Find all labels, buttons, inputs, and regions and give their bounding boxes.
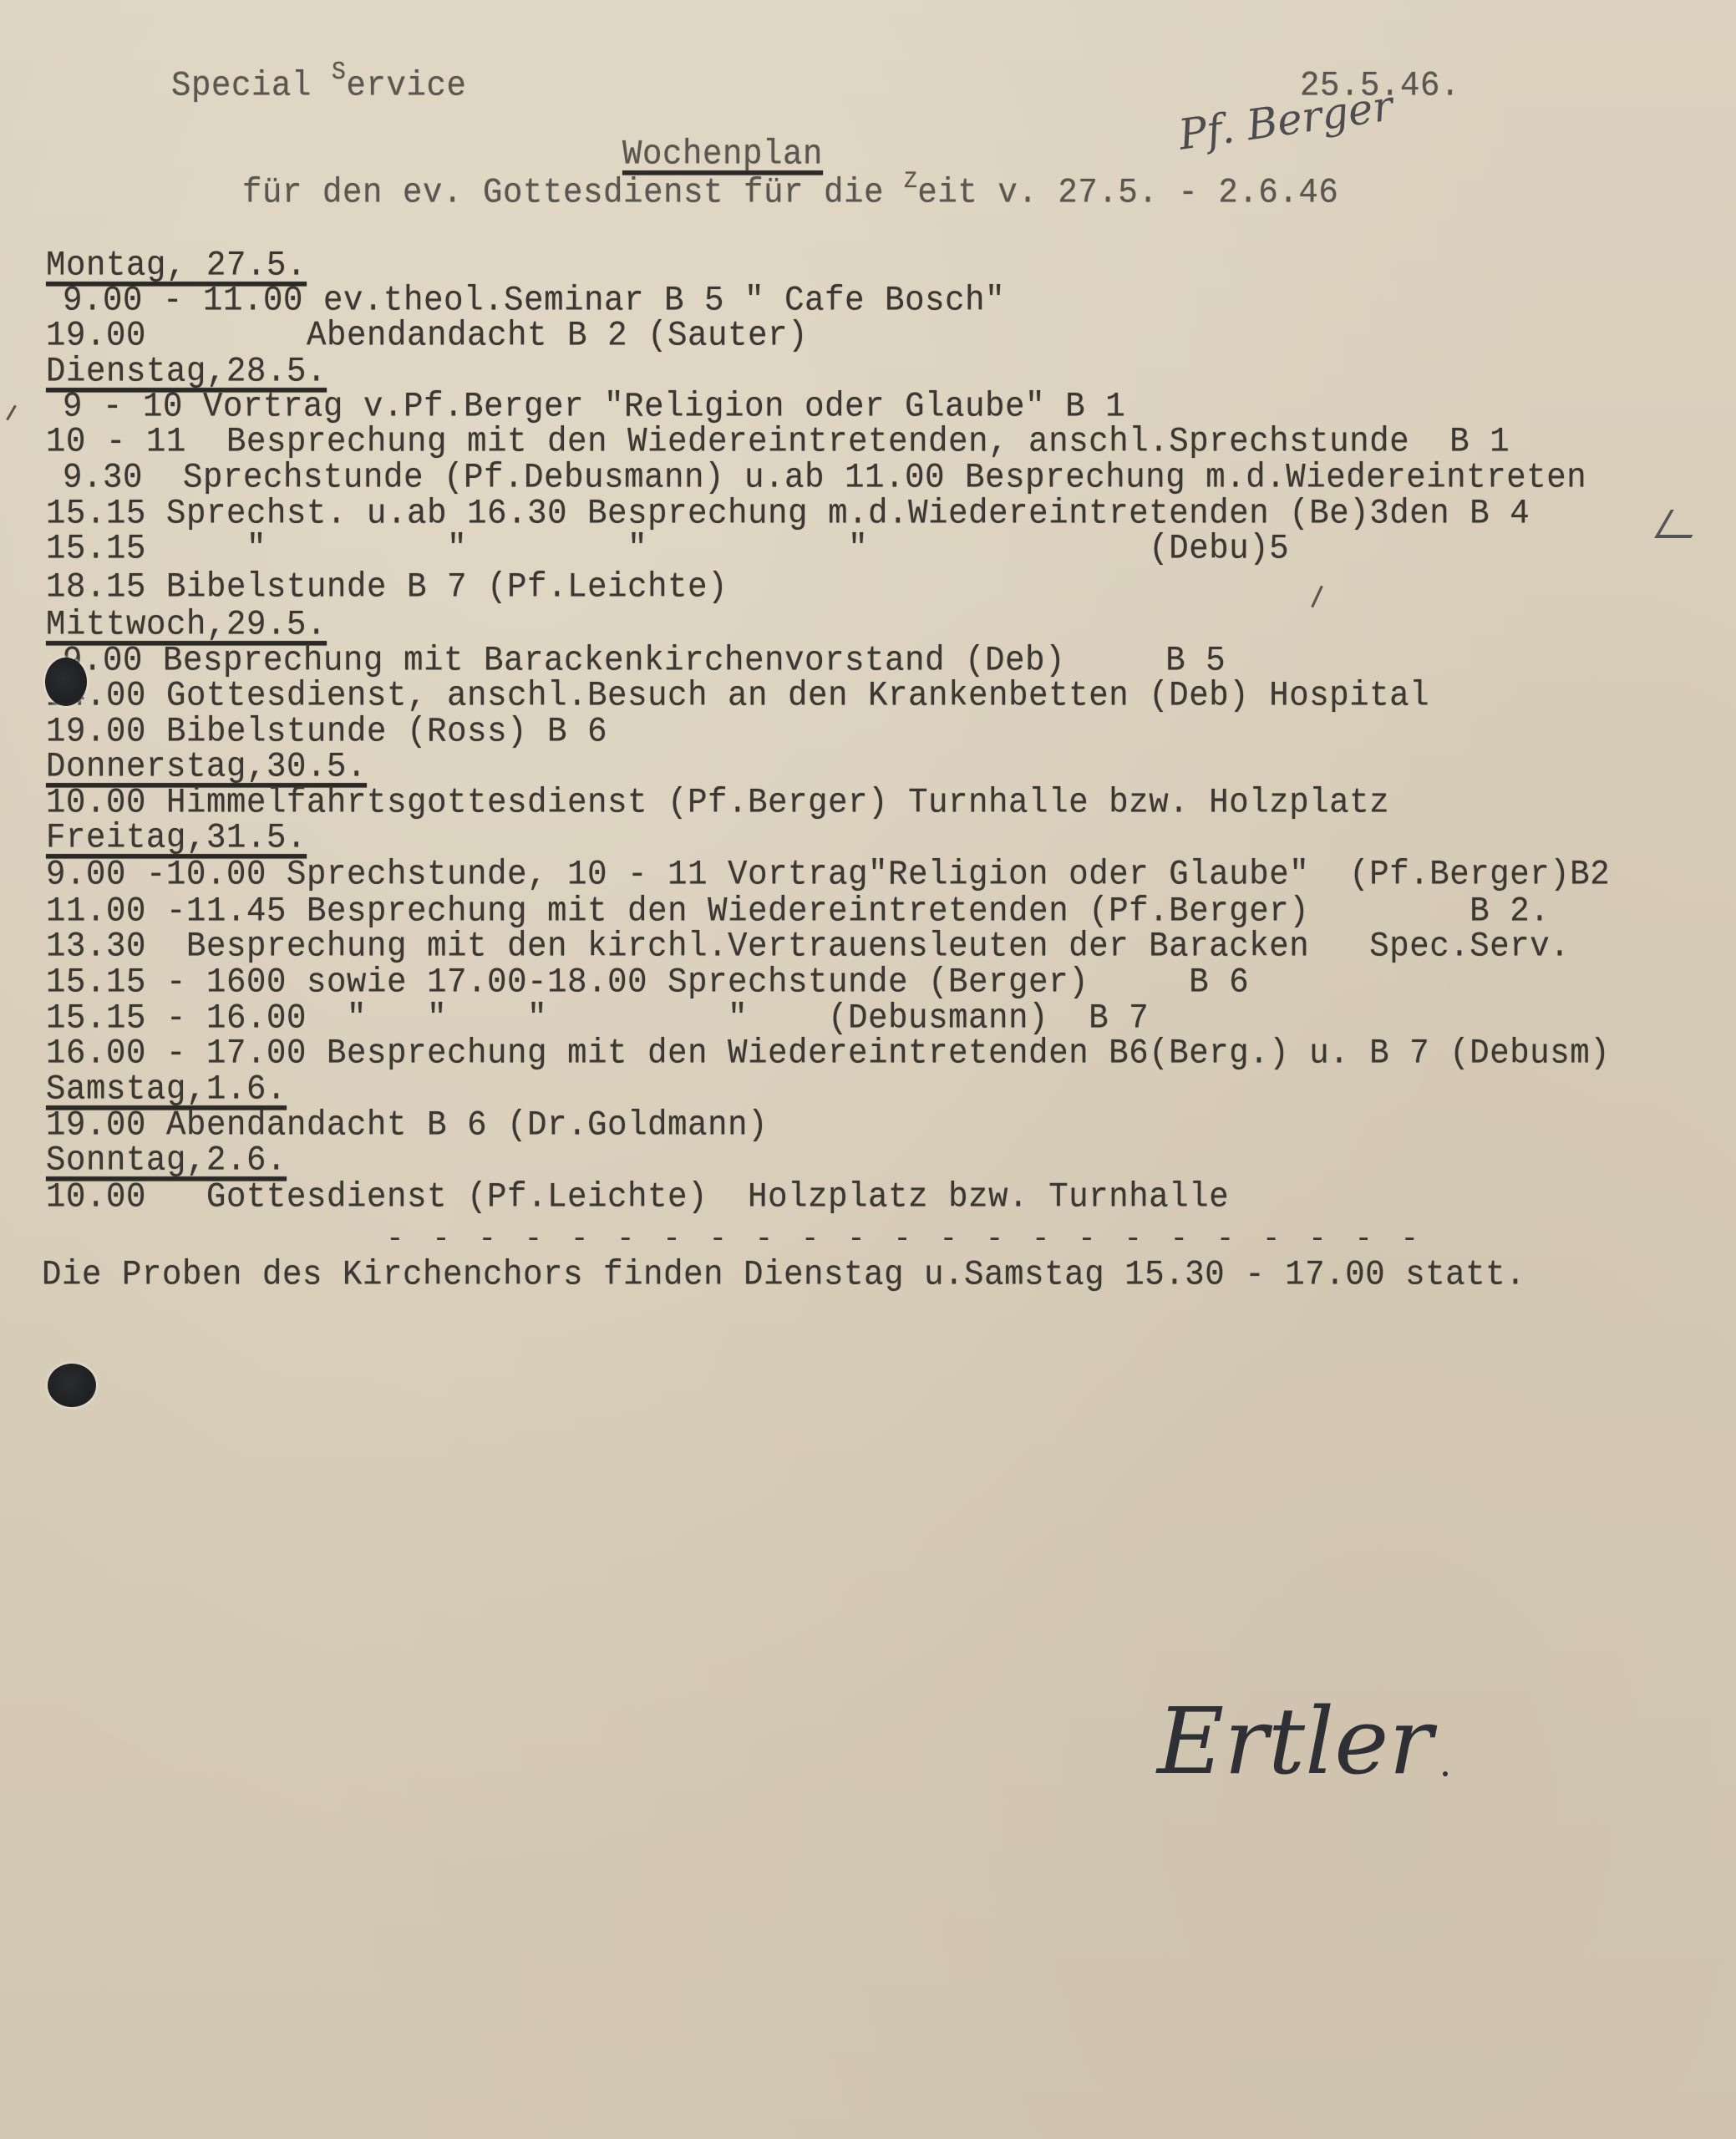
signature-period: [1443, 1771, 1448, 1776]
schedule-entry: 15.15 " " " " (Debu)5: [46, 530, 1289, 567]
schedule-entry: 15.15 - 16.00 " " " " (Debusmann) B 7: [46, 999, 1149, 1037]
signature: Ertler: [1157, 1688, 1433, 1795]
schedule-entry: 10.00 Gottesdienst (Pf.Leichte) Holzplat…: [46, 1178, 1229, 1216]
punch-hole: [48, 1364, 96, 1407]
document-subtitle: für den ev. Gottesdienst für die Zeit v.…: [242, 174, 1338, 215]
schedule-entry: 11.00 -11.45 Besprechung mit den Wiedere…: [46, 892, 1550, 930]
day-heading-thursday: Donnerstag,30.5.: [46, 748, 367, 785]
schedule-entry: 19.00 Abendandacht B 6 (Dr.Goldmann): [46, 1106, 768, 1144]
schedule-entry: 16.00 - 17.00 Besprechung mit den Wieder…: [46, 1034, 1610, 1072]
day-heading-sunday: Sonntag,2.6.: [46, 1141, 287, 1179]
punch-hole: [45, 658, 87, 706]
schedule-entry: 9.00 -10.00 Sprechstunde, 10 - 11 Vortra…: [46, 856, 1610, 893]
schedule-entry: 10.00 Himmelfahrtsgottesdienst (Pf.Berge…: [46, 784, 1389, 821]
day-heading-tuesday: Dienstag,28.5.: [46, 353, 327, 390]
separator-line: - - - - - - - - - - - - - - - - - - - - …: [386, 1222, 1424, 1256]
day-heading-wednesday: Mittwoch,29.5.: [46, 606, 327, 643]
schedule-entry: 18.15 Bibelstunde B 7 (Pf.Leichte): [46, 568, 728, 606]
schedule-entry: 9.00 Besprechung mit Barackenkirchenvors…: [63, 642, 1226, 679]
schedule-entry: 9 - 10 Vortrag v.Pf.Berger "Religion ode…: [63, 388, 1125, 425]
footer-note: Die Proben des Kirchenchors finden Diens…: [42, 1256, 1525, 1293]
schedule-entry: 19.00 Bibelstunde (Ross) B 6: [46, 713, 607, 750]
schedule-entry: 19.00 Abendandacht B 2 (Sauter): [46, 317, 808, 354]
day-heading-friday: Freitag,31.5.: [46, 819, 307, 856]
schedule-entry: 10 - 11 Besprechung mit den Wiedereintre…: [46, 423, 1510, 460]
header-left: Special Service: [171, 67, 466, 109]
schedule-entry: 15.15 Sprechst. u.ab 16.30 Besprechung m…: [46, 495, 1530, 532]
day-heading-monday: Montag, 27.5.: [46, 246, 307, 284]
schedule-entry: 9.00 - 11.00 ev.theol.Seminar B 5 " Cafe…: [63, 282, 1005, 319]
schedule-entry: 13.30 Besprechung mit den kirchl.Vertrau…: [46, 927, 1570, 965]
document-title: Wochenplan: [622, 135, 823, 173]
day-heading-saturday: Samstag,1.6.: [46, 1070, 287, 1108]
schedule-entry: 14.00 Gottesdienst, anschl.Besuch an den…: [46, 677, 1429, 714]
schedule-entry: 9.30 Sprechstunde (Pf.Debusmann) u.ab 11…: [63, 459, 1586, 496]
schedule-entry: 15.15 - 1600 sowie 17.00-18.00 Sprechstu…: [46, 963, 1249, 1001]
